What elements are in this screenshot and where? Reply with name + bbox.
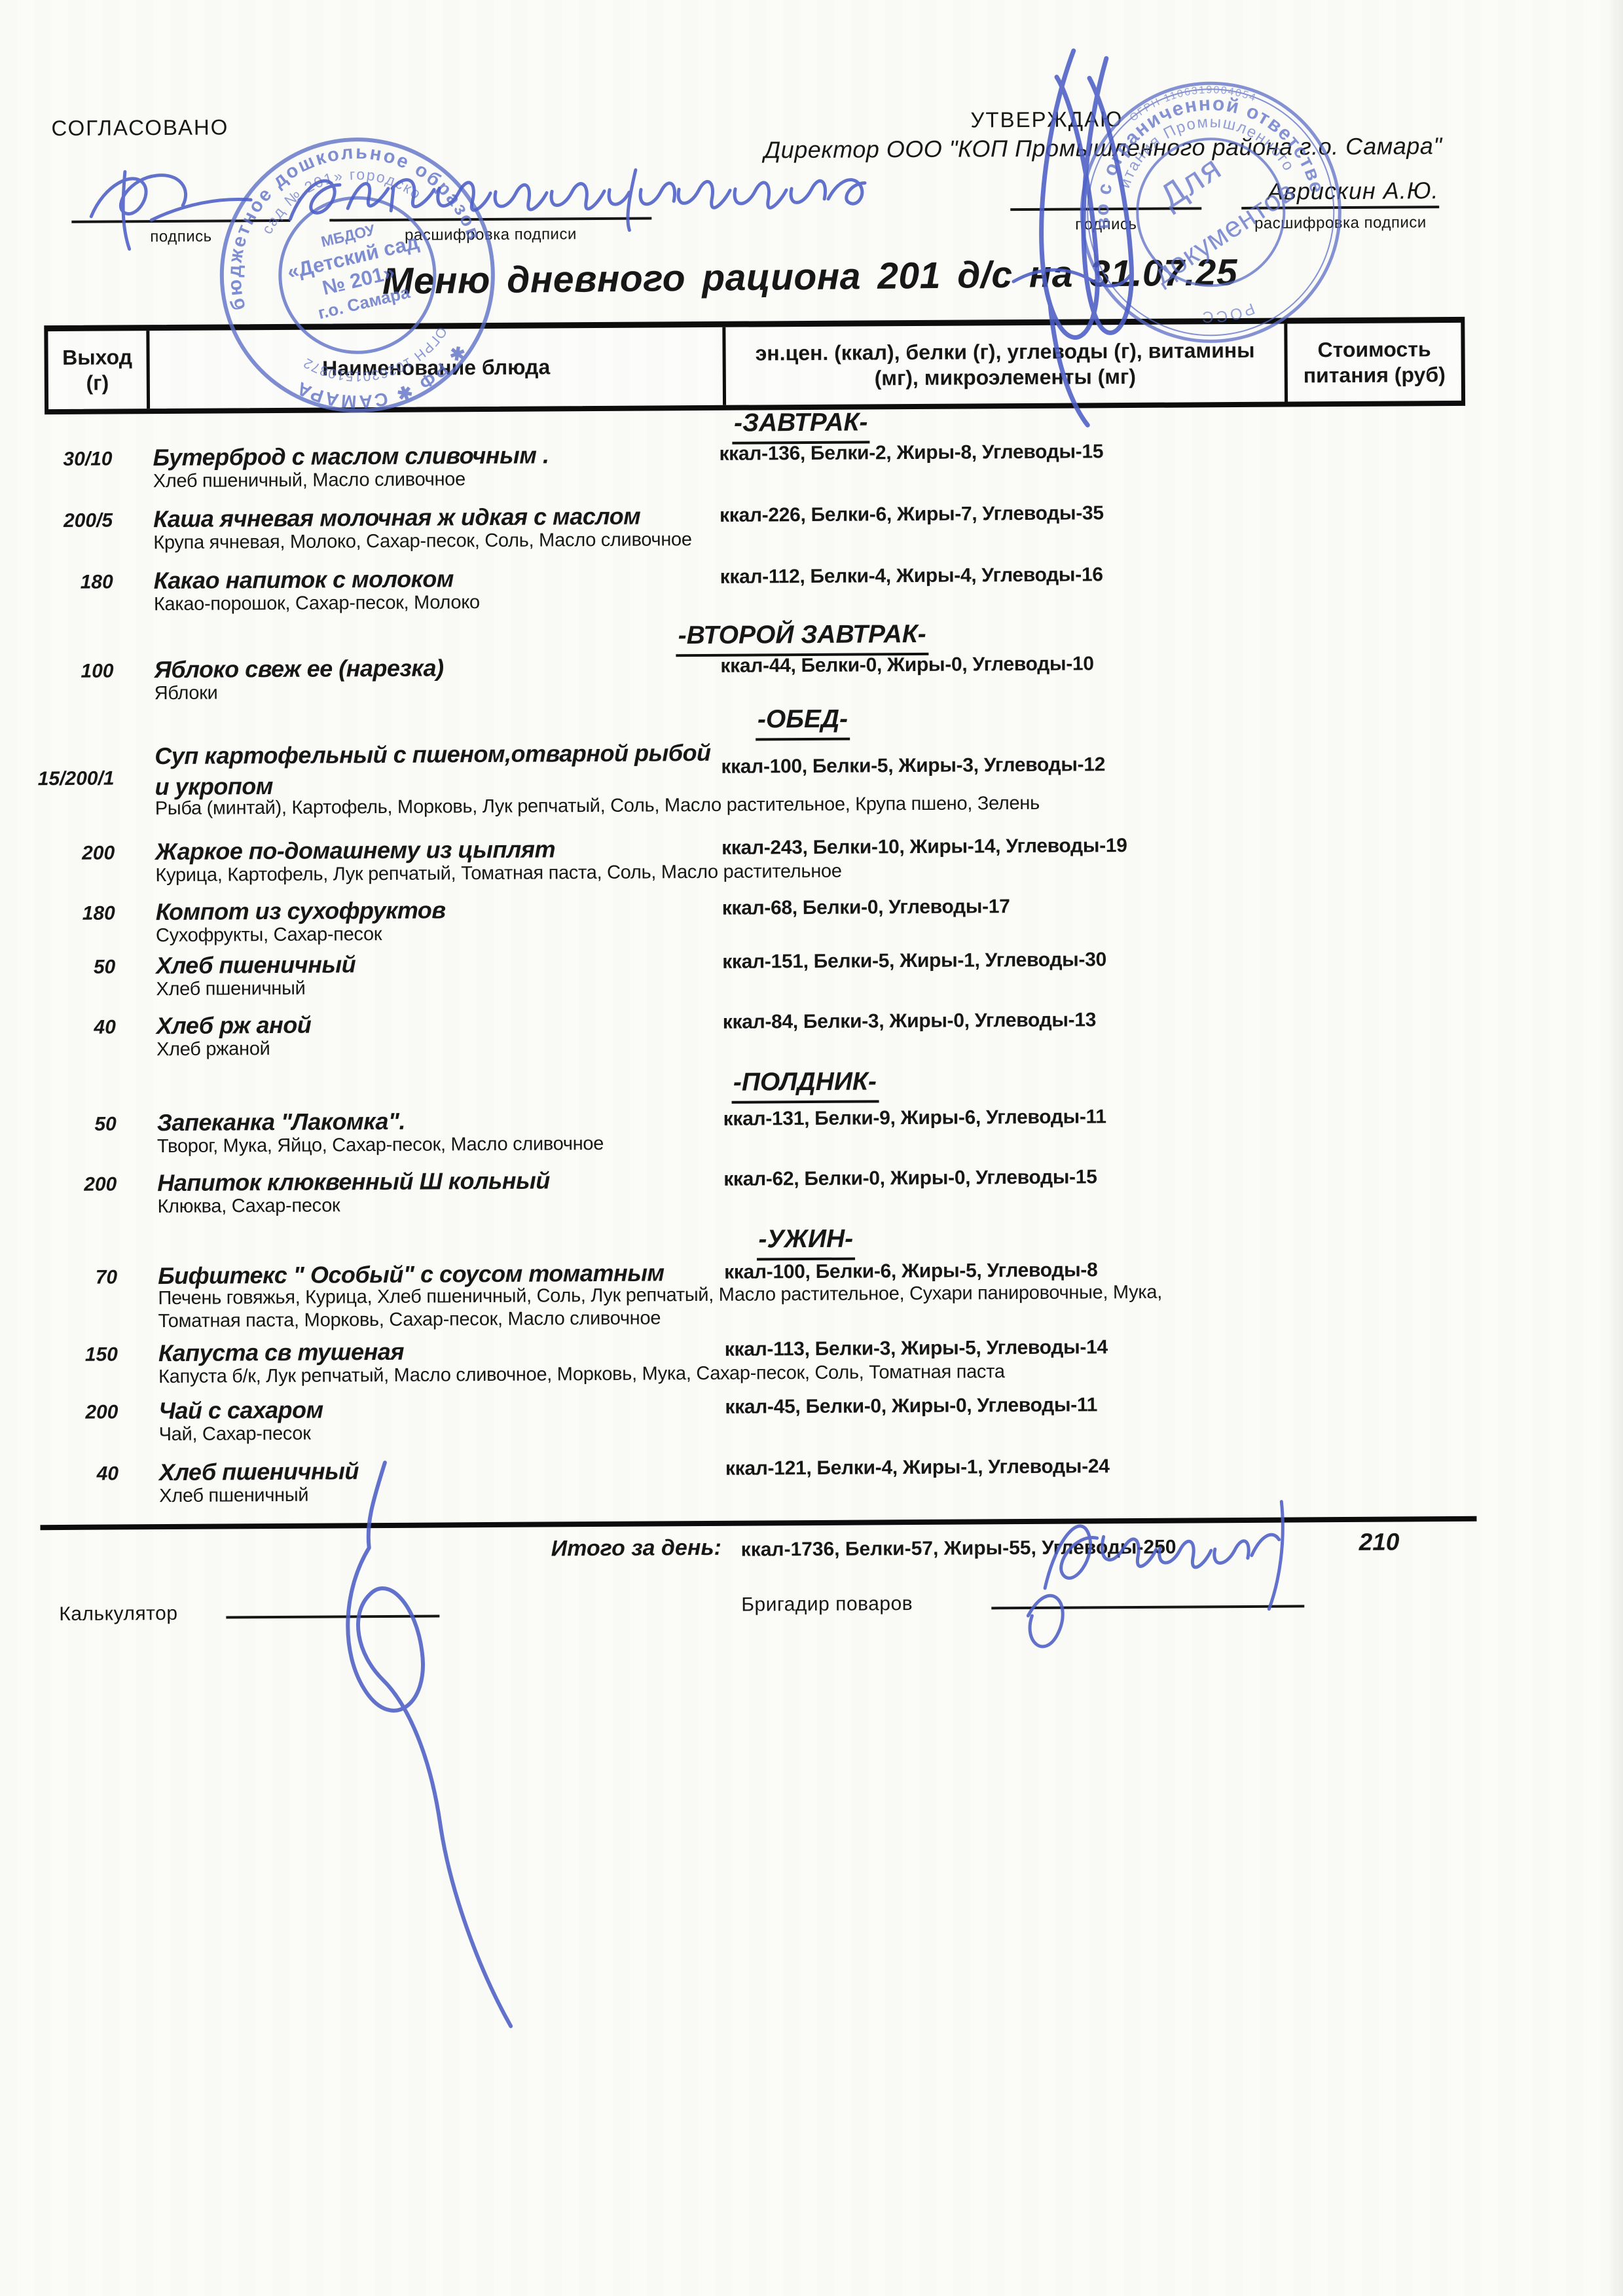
menu-item-qty: 50 xyxy=(26,956,115,979)
menu-item-qty: 200 xyxy=(27,1173,117,1196)
menu-item-ingredients: Печень говяжья, Курица, Хлеб пшеничный, … xyxy=(158,1279,1578,1334)
menu-table-header: Выход (г) Наименование блюда эн.цен. (кк… xyxy=(44,317,1465,414)
menu-item-qty: 30/10 xyxy=(23,448,112,471)
menu-item-nutrition: ккал-45, Белки-0, Жиры-0, Углеводы-11 xyxy=(725,1393,1379,1419)
decode-caption-approved: расшифровка подписи xyxy=(1241,213,1439,233)
totals-cost: 210 xyxy=(1359,1529,1400,1556)
brigadier-signature-line xyxy=(991,1605,1304,1609)
director-name: Аврискин А.Ю. xyxy=(1267,177,1439,206)
signature-stroke xyxy=(290,168,866,232)
menu-item-qty: 15/200/1 xyxy=(25,767,114,790)
menu-item-nutrition: ккал-131, Белки-9, Жиры-6, Углеводы-11 xyxy=(723,1104,1378,1131)
menu-item-qty: 200 xyxy=(29,1401,118,1424)
section-heading-lunch: -ОБЕД- xyxy=(0,701,1608,746)
scanned-menu-document: { "page": { "agreed": "СОГЛАСОВАНО", "ap… xyxy=(0,0,1623,2296)
totals-nutrition: ккал-1736, Белки-57, Жиры-55, Углеводы-2… xyxy=(741,1537,1176,1561)
director-line: Директор ООО "КОП Промышленного района г… xyxy=(708,132,1442,164)
menu-item-qty: 200 xyxy=(26,842,115,865)
menu-item-nutrition: ккал-100, Белки-5, Жиры-3, Углеводы-12 xyxy=(721,752,1376,778)
menu-item-nutrition: ккал-113, Белки-3, Жиры-5, Углеводы-14 xyxy=(725,1335,1379,1361)
document-page: СОГЛАСОВАНО УТВЕРЖДАЮ Директор ООО "КОП … xyxy=(0,0,1623,2296)
svg-text:ОГРН 1106319004054: ОГРН 1106319004054 xyxy=(1125,75,1260,124)
menu-item-qty: 200/5 xyxy=(24,510,113,533)
menu-item-qty: 70 xyxy=(28,1266,117,1289)
menu-item-nutrition: ккал-84, Белки-3, Жиры-0, Углеводы-13 xyxy=(723,1008,1377,1034)
brigadier-label: Бригадир поваров xyxy=(741,1593,913,1616)
menu-item-qty: 40 xyxy=(29,1463,119,1485)
menu-item-qty: 40 xyxy=(27,1016,116,1039)
signature-caption-approved: подпись xyxy=(1010,215,1201,234)
menu-item-nutrition: ккал-151, Белки-5, Жиры-1, Углеводы-30 xyxy=(722,947,1377,974)
decode-line-agreed xyxy=(329,217,651,221)
totals-divider xyxy=(40,1516,1476,1530)
menu-item-nutrition: ккал-121, Белки-4, Жиры-1, Углеводы-24 xyxy=(725,1454,1380,1480)
agreed-label: СОГЛАСОВАНО xyxy=(51,115,228,141)
column-cost: Стоимость питания (руб) xyxy=(1287,323,1461,402)
signature-line-approved xyxy=(1010,207,1201,211)
menu-item-nutrition: ккал-136, Белки-2, Жиры-8, Углеводы-15 xyxy=(719,439,1374,465)
menu-item-nutrition: ккал-243, Белки-10, Жиры-14, Углеводы-19 xyxy=(721,833,1376,860)
decode-caption-agreed: расшифровка подписи xyxy=(329,225,651,245)
menu-item-nutrition: ккал-226, Белки-6, Жиры-7, Углеводы-35 xyxy=(720,501,1374,527)
calculator-label: Калькулятор xyxy=(59,1603,177,1626)
calculator-signature-line xyxy=(226,1614,439,1618)
menu-item-qty: 180 xyxy=(26,902,115,925)
column-dish: Наименование блюда xyxy=(149,327,726,409)
menu-item-nutrition: ккал-62, Белки-0, Жиры-0, Углеводы-15 xyxy=(723,1165,1378,1191)
menu-item-nutrition: ккал-44, Белки-0, Жиры-0, Углеводы-10 xyxy=(720,651,1375,678)
signature-line-agreed xyxy=(71,219,290,223)
menu-item-qty: 150 xyxy=(29,1343,118,1366)
menu-item-nutrition: ккал-112, Белки-4, Жиры-4, Углеводы-16 xyxy=(720,562,1375,589)
column-energy: эн.цен. (ккал), белки (г), углеводы (г),… xyxy=(725,324,1288,405)
totals-label: Итого за день: xyxy=(551,1535,721,1562)
column-output: Выход (г) xyxy=(48,331,150,409)
approved-label: УТВЕРЖДАЮ xyxy=(970,107,1123,132)
menu-item-dish: Суп картофельный с пшеном,отварной рыбой… xyxy=(155,737,784,802)
menu-item-qty: 50 xyxy=(27,1113,117,1136)
menu-item-qty: 100 xyxy=(24,660,113,683)
decode-line-approved xyxy=(1241,206,1439,210)
menu-item-nutrition: ккал-68, Белки-0, Углеводы-17 xyxy=(722,894,1377,920)
section-heading-snack: -ПОЛДНИК- xyxy=(0,1063,1611,1108)
signature-stroke xyxy=(347,1462,511,2027)
page-title: Меню дневного рациона 201 д/с на 31.07.2… xyxy=(382,251,1238,303)
menu-item-qty: 180 xyxy=(24,572,113,594)
signature-caption-agreed: подпись xyxy=(71,227,290,247)
